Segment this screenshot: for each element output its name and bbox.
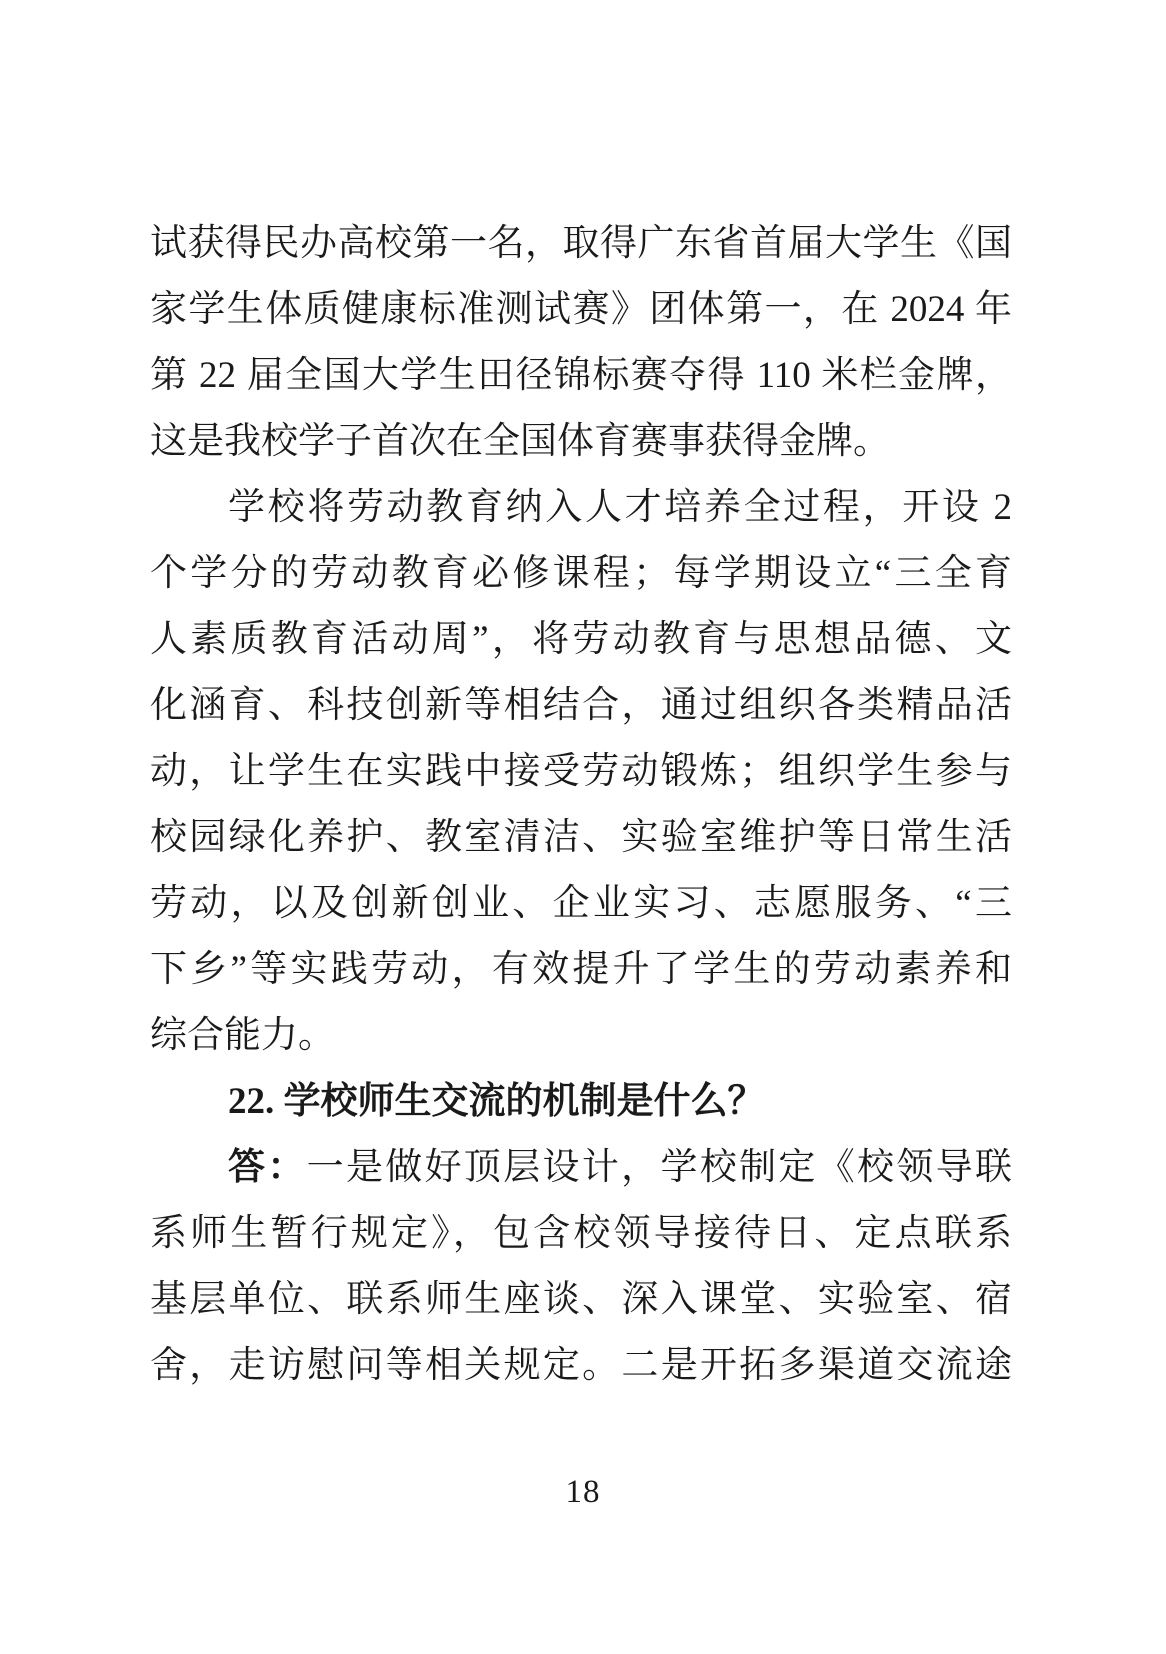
- text-line: 舍，走访慰问等相关规定。二是开拓多渠道交流途: [150, 1333, 1012, 1399]
- document-page: 试获得民办高校第一名，取得广东省首届大学生《国 家学生体质健康标准测试赛》团体第…: [0, 0, 1166, 1654]
- paragraph-labor-education: 学校将劳动教育纳入人才培养全过程，开设 2 个学分的劳动教育必修课程；每学期设立…: [150, 475, 1012, 1069]
- text-line: 人素质教育活动周”，将劳动教育与思想品德、文: [150, 607, 1012, 673]
- answer-label: 答：: [228, 1147, 307, 1188]
- paragraph-sports-achievements: 试获得民办高校第一名，取得广东省首届大学生《国 家学生体质健康标准测试赛》团体第…: [150, 211, 1012, 475]
- text-line: 第 22 届全国大学生田径锦标赛夺得 110 米栏金牌，: [150, 343, 1012, 409]
- text-line: 动，让学生在实践中接受劳动锻炼；组织学生参与: [150, 739, 1012, 805]
- text-line: 家学生体质健康标准测试赛》团体第一，在 2024 年: [150, 277, 1012, 343]
- answer-first-line: 答：一是做好顶层设计，学校制定《校领导联: [150, 1135, 1012, 1201]
- text-line: 校园绿化养护、教室清洁、实验室维护等日常生活: [150, 805, 1012, 871]
- text-line: 试获得民办高校第一名，取得广东省首届大学生《国: [150, 211, 1012, 277]
- text-line: 系师生暂行规定》，包含校领导接待日、定点联系: [150, 1201, 1012, 1267]
- text-line: 个学分的劳动教育必修课程；每学期设立“三全育: [150, 541, 1012, 607]
- question-heading: 22. 学校师生交流的机制是什么？: [150, 1069, 1012, 1135]
- answer-22-section: 答：一是做好顶层设计，学校制定《校领导联 系师生暂行规定》，包含校领导接待日、定…: [150, 1135, 1012, 1399]
- text-line: 这是我校学子首次在全国体育赛事获得金牌。: [150, 409, 1012, 475]
- text-line: 综合能力。: [150, 1003, 1012, 1069]
- answer-first-line-text: 一是做好顶层设计，学校制定《校领导联: [307, 1147, 1012, 1188]
- text-line: 化涵育、科技创新等相结合，通过组织各类精品活: [150, 673, 1012, 739]
- page-number: 18: [0, 1474, 1166, 1511]
- text-line: 劳动，以及创新创业、企业实习、志愿服务、“三: [150, 871, 1012, 937]
- text-line: 学校将劳动教育纳入人才培养全过程，开设 2: [150, 475, 1012, 541]
- question-22-section: 22. 学校师生交流的机制是什么？: [150, 1069, 1012, 1135]
- text-line: 下乡”等实践劳动，有效提升了学生的劳动素养和: [150, 937, 1012, 1003]
- text-line: 基层单位、联系师生座谈、深入课堂、实验室、宿: [150, 1267, 1012, 1333]
- text-block: 试获得民办高校第一名，取得广东省首届大学生《国 家学生体质健康标准测试赛》团体第…: [150, 211, 1012, 1399]
